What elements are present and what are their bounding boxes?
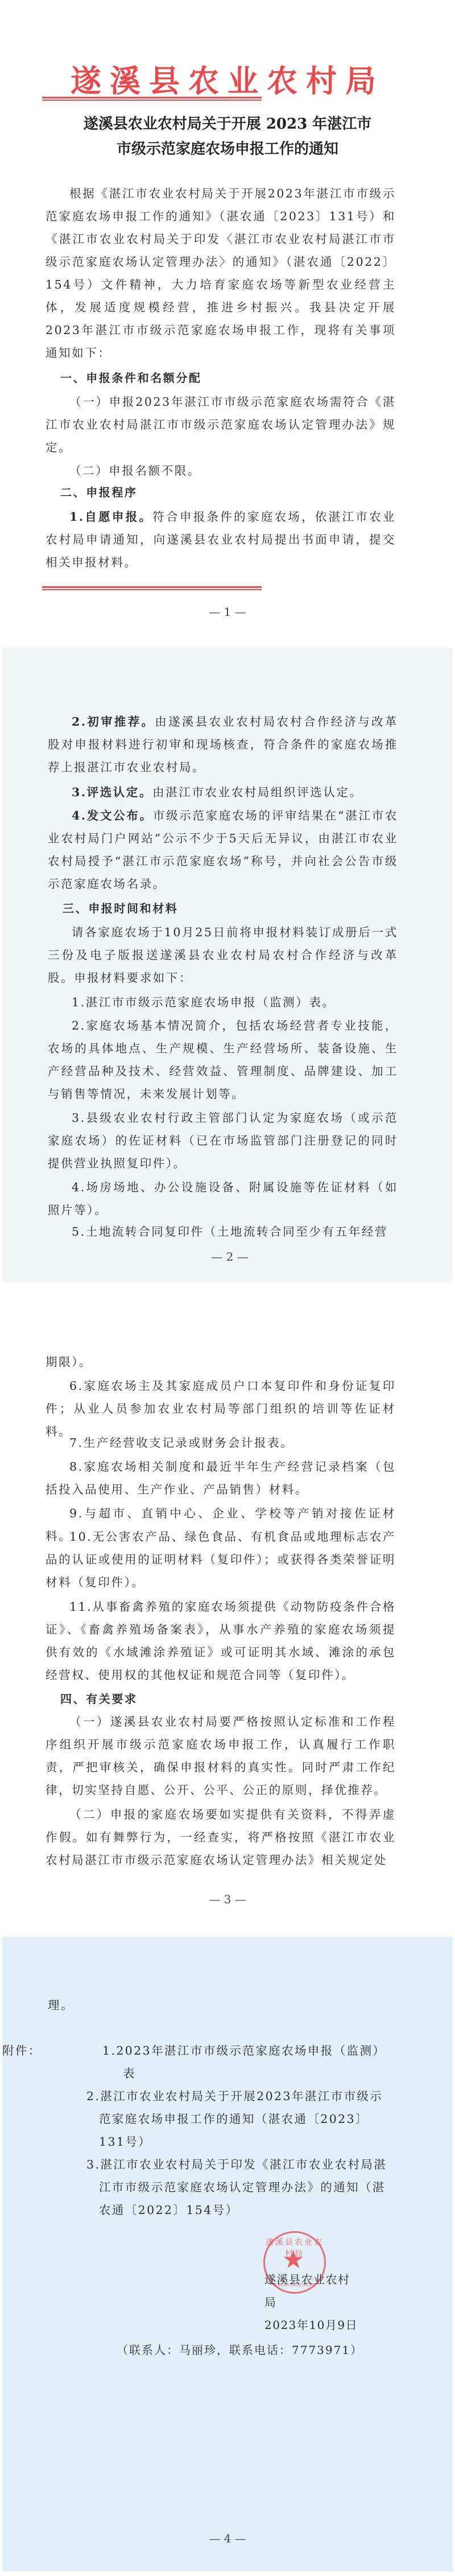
contact-info: （联系人：马丽珍，联系电话：7773971） <box>117 2341 435 2357</box>
section4-item-2: （二）申报的家庭农场要如实提供有关资料，不得弄虚作假。如有舞弊行为，一经查实，将… <box>45 1803 396 1871</box>
section1-item-1: （一）申报2023年湛江市市级示范家庭农场需符合《湛江市农业农村局湛江市市级示范… <box>45 390 396 459</box>
header-red-rule <box>42 97 262 101</box>
section4-item-1: （一）遂溪县农业农村局要严格按照认定标准和工作程序组织开展市级示范家庭农场申报工… <box>45 1710 396 1801</box>
page-3: 期限）。 6.家庭农场主及其家庭成员户口本复印件和身份证复印件；从业人员参加农业… <box>0 1282 455 1937</box>
material-10: 10.无公害农产品、绿色食品、有机食品或地理标志农产品的认证或使用的证明材料（复… <box>45 1525 396 1594</box>
material-7: 7.生产经营收支记录或财务会计报表。 <box>45 1431 396 1454</box>
material-5-cont: 期限）。 <box>45 1351 396 1373</box>
page-4: 理。 附件：1.2023年湛江市市级示范家庭农场申报（监测）表 2.湛江市农业农… <box>2 1937 453 2571</box>
attachment-1: 附件：1.2023年湛江市市级示范家庭农场申报（监测）表 <box>63 2039 392 2085</box>
page-2: 2.初审推荐。由遂溪县农业农村局农村合作经济与改革股对申报材料进行初审和现场核查… <box>2 648 453 1282</box>
document-title: 遂溪县农业农村局关于开展 2023 年湛江市 市级示范家庭农场申报工作的通知 <box>45 112 409 162</box>
section2-step-4: 4.发文公布。市级示范家庭农场的评审结果在“湛江市农业农村局门户网站”公示不少于… <box>48 804 398 895</box>
page-number: — 3 — <box>0 1892 455 1906</box>
section3-intro: 请各家庭农场于10月25日前将申报材料装订成册后一式三份及电子版报送遂溪县农业农… <box>48 921 398 989</box>
attachment-2: 2.湛江市农业农村局关于开展2023年湛江市市级示范家庭农场申报工作的通知（湛农… <box>86 2085 392 2153</box>
section2-step-3: 3.评选认定。由湛江市农业农村局组织评选认定。 <box>48 781 398 804</box>
signature-block: 遂溪县农业农村局 2023年10月9日 <box>264 2268 361 2336</box>
footer-red-rule <box>42 586 262 591</box>
attachment-3: 3.湛江市农业农村局关于印发《湛江市农业农村局湛江市市级示范家庭农场认定管理办法… <box>86 2153 392 2221</box>
material-5: 5.土地流转合同复印件（土地流转合同至少有五年经营 <box>48 1220 398 1243</box>
page-number: — 1 — <box>0 605 455 619</box>
material-4: 4.场房场地、办公设施设备、附属设施等佐证材料（如照片等）。 <box>48 1176 398 1221</box>
section3-heading: 三、申报时间和材料 <box>48 897 413 920</box>
section4-heading: 四、有关要求 <box>45 1688 411 1710</box>
signature-date: 2023年10月9日 <box>264 2314 361 2336</box>
page-number: — 2 — <box>2 1250 453 1264</box>
section4-item-2-cont: 理。 <box>48 1994 398 2017</box>
page-number: — 4 — <box>0 2532 455 2545</box>
material-8: 8.家庭农场相关制度和最近半年生产经营记录档案（包括投入品使用、生产作业、产品销… <box>45 1455 396 1501</box>
material-1: 1.湛江市市级示范家庭农场申报（监测）表。 <box>48 991 398 1014</box>
attachments-list: 附件：1.2023年湛江市市级示范家庭农场申报（监测）表 2.湛江市农业农村局关… <box>63 2039 392 2221</box>
section2-step-2: 2.初审推荐。由遂溪县农业农村局农村合作经济与改革股对申报材料进行初审和现场核查… <box>48 710 398 779</box>
material-11: 11.从事畜禽养殖的家庭农场须提供《动物防疫条件合格证》、《畜禽养殖场备案表》，… <box>45 1595 396 1686</box>
signature-org: 遂溪县农业农村局 <box>264 2268 361 2314</box>
section2-step-1: 1.自愿申报。符合申报条件的家庭农场，依湛江市农业农村局申请通知，向遂溪县农业农… <box>45 505 396 574</box>
org-header: 遂溪县农业农村局 <box>0 57 455 101</box>
material-2: 2.家庭农场基本情况简介，包括农场经营者专业技能，农场的具体地点、生产规模、生产… <box>48 1014 398 1105</box>
page-1: 遂溪县农业农村局 遂溪县农业农村局关于开展 2023 年湛江市 市级示范家庭农场… <box>0 0 455 648</box>
intro-paragraph: 根据《湛江市农业农村局关于开展2023年湛江市市级示范家庭农场申报工作的通知》（… <box>45 182 396 364</box>
section1-heading: 一、申报条件和名额分配 <box>45 367 411 389</box>
material-3: 3.县级农业农村行政主管部门认定为家庭农场（或示范家庭农场）的佐证材料（已在市场… <box>48 1106 398 1175</box>
section2-heading: 二、申报程序 <box>45 481 411 504</box>
section1-item-2: （二）申报名额不限。 <box>45 459 396 482</box>
